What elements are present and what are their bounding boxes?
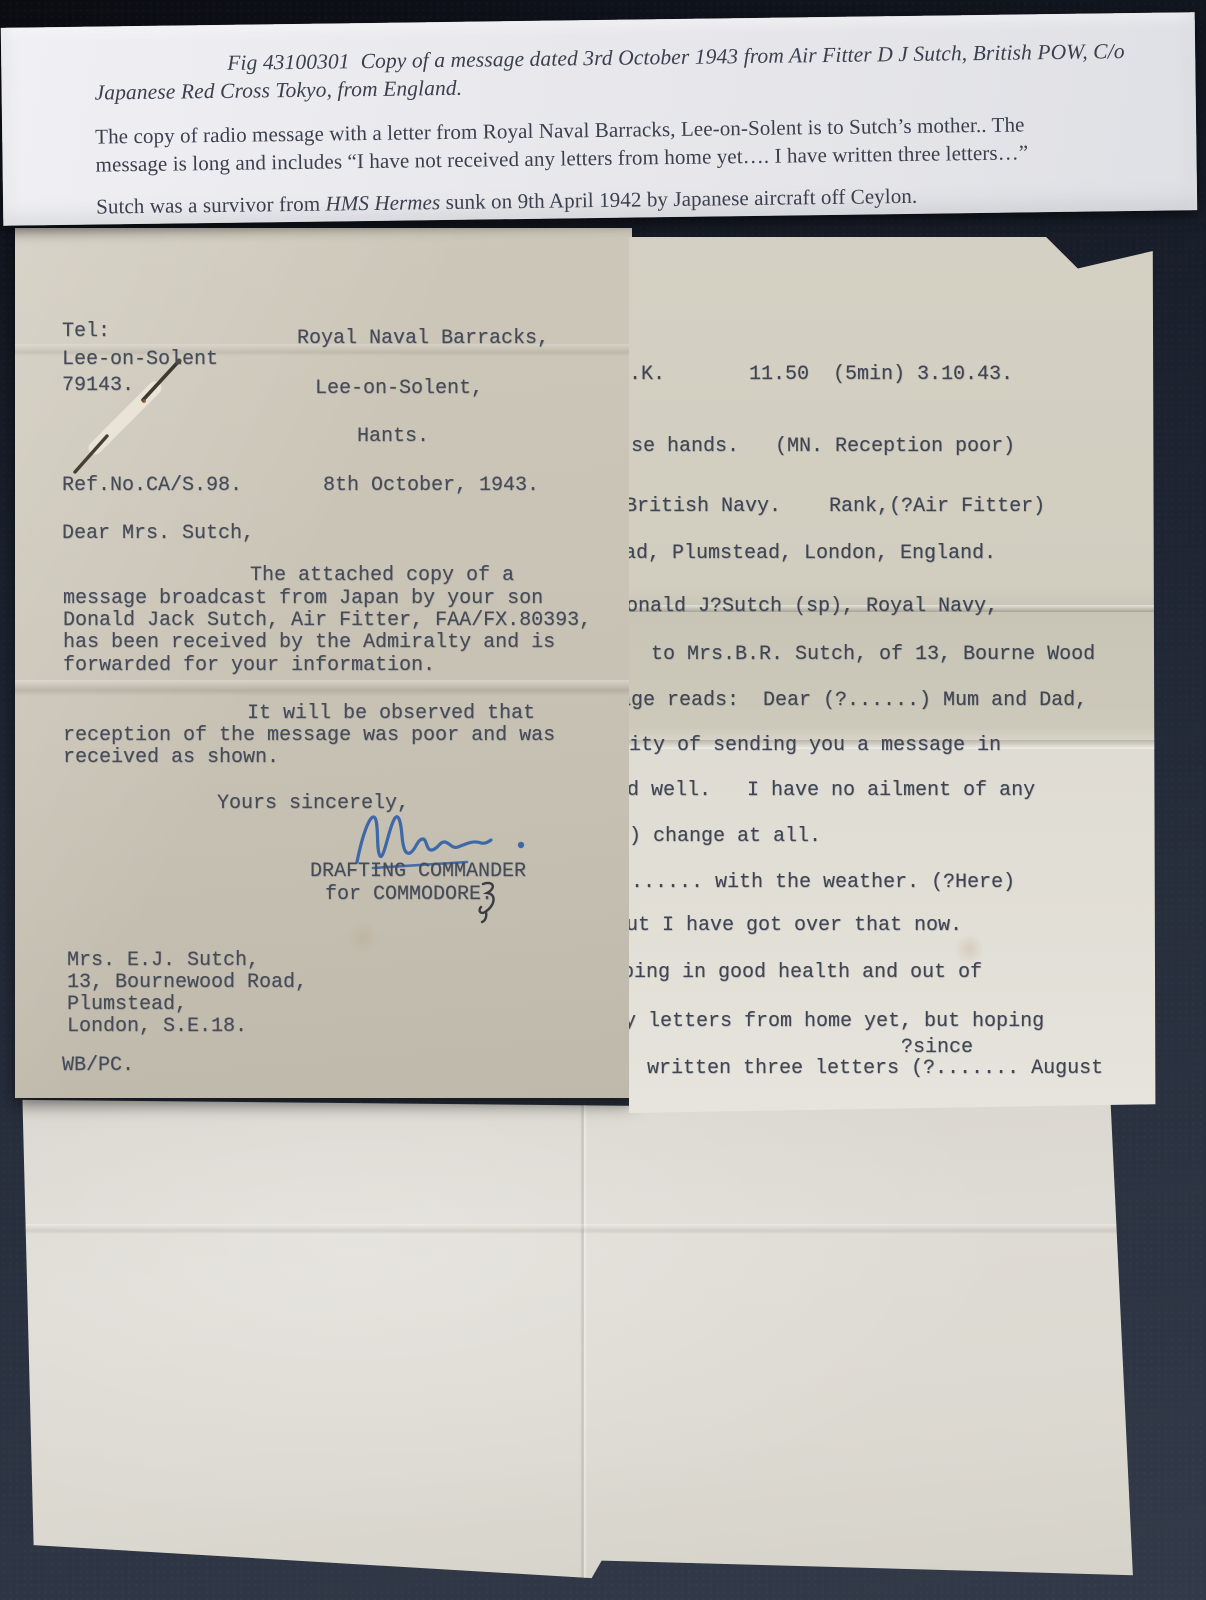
sender-address-line: Hants. (357, 425, 429, 449)
letter-date: 8th October, 1943. (323, 474, 539, 498)
tel-number: 79143. (62, 374, 134, 398)
body-line: message broadcast from Japan by your son (63, 587, 543, 611)
radio-message-page: .K. 11.50 (5min) 3.10.43. se hands. (MN.… (629, 237, 1157, 1113)
body-line: The attached copy of a (250, 564, 514, 588)
signer-title: for COMMODORE. (325, 883, 493, 907)
caption-card: Fig 43100301 Copy of a message dated 3rd… (1, 12, 1197, 226)
radio-message-line: d well. I have no ailment of any (629, 779, 1035, 803)
radio-message-line: ) change at all. (629, 825, 821, 849)
caption-note-suffix: sunk on 9th April 1942 by Japanese aircr… (440, 184, 917, 214)
typist-reference: WB/PC. (62, 1054, 134, 1078)
radio-message-line: .K. 11.50 (5min) 3.10.43. (629, 363, 1013, 387)
radio-message-line: oad, Plumstead, London, England. (629, 542, 996, 566)
radio-message-line: ...... with the weather. (?Here) (631, 871, 1015, 895)
caption-note-line: Sutch was a survivor from HMS Hermes sun… (96, 184, 918, 220)
paper-crease (15, 680, 632, 696)
radio-message-line: but I have got over that now. (629, 914, 962, 938)
caption-note-prefix: Sutch was a survivor from (96, 192, 326, 219)
body-line: has been received by the Admiralty and i… (63, 631, 555, 655)
recipient-line: Plumstead, (67, 993, 187, 1017)
radio-message-line: to Mrs.B.R. Sutch, of 13, Bourne Wood (651, 643, 1095, 667)
tel-label: Tel: (62, 320, 110, 344)
horizontal-fold-crease (18, 1224, 1134, 1234)
radio-message-line: British Navy. Rank,(?Air Fitter) (629, 495, 1045, 519)
sender-address-line: Lee-on-Solent, (315, 377, 483, 401)
radio-message-line: ity of sending you a message in (629, 734, 1001, 758)
radio-message-line: ping in good health and out of (629, 961, 982, 985)
sender-address-line: Royal Naval Barracks, (297, 327, 549, 351)
radio-message-line: se hands. (MN. Reception poor) (631, 435, 1015, 459)
vertical-fold-crease (580, 1096, 587, 1582)
radio-message-line: age reads: Dear (?......) Mum and Dad, (629, 689, 1087, 713)
recipient-line: Mrs. E.J. Sutch, (67, 949, 259, 973)
tel-exchange: Lee-on-Solent (62, 348, 218, 372)
body-line: forwarded for your information. (63, 654, 435, 678)
blank-folded-sheet (18, 1096, 1134, 1582)
body-line: reception of the message was poor and wa… (63, 724, 555, 748)
photo-scene: Tel: Lee-on-Solent 79143. Royal Naval Ba… (0, 0, 1206, 1600)
radio-message-line: written three letters (?....... August (647, 1057, 1103, 1081)
ink-squiggle (473, 880, 505, 924)
body-line: Donald Jack Sutch, Air Fitter, FAA/FX.80… (63, 609, 591, 633)
salutation: Dear Mrs. Sutch, (62, 522, 254, 546)
reference-number: Ref.No.CA/S.98. (62, 474, 242, 498)
caption-figure-line-1: Fig 43100301 Copy of a message dated 3rd… (227, 39, 1125, 76)
radio-message-line: Donald J?Sutch (sp), Royal Navy, (629, 595, 998, 619)
body-line: received as shown. (63, 746, 279, 770)
body-line: It will be observed that (247, 702, 535, 726)
cover-letter-page: Tel: Lee-on-Solent 79143. Royal Naval Ba… (15, 228, 632, 1098)
recipient-line: 13, Bournewood Road, (67, 971, 307, 995)
radio-message-line: y letters from home yet, but hoping (629, 1010, 1044, 1034)
caption-ship-name: HMS Hermes (325, 190, 440, 215)
recipient-line: London, S.E.18. (67, 1015, 247, 1039)
caption-figure-line-2: Japanese Red Cross Tokyo, from England. (94, 76, 462, 106)
